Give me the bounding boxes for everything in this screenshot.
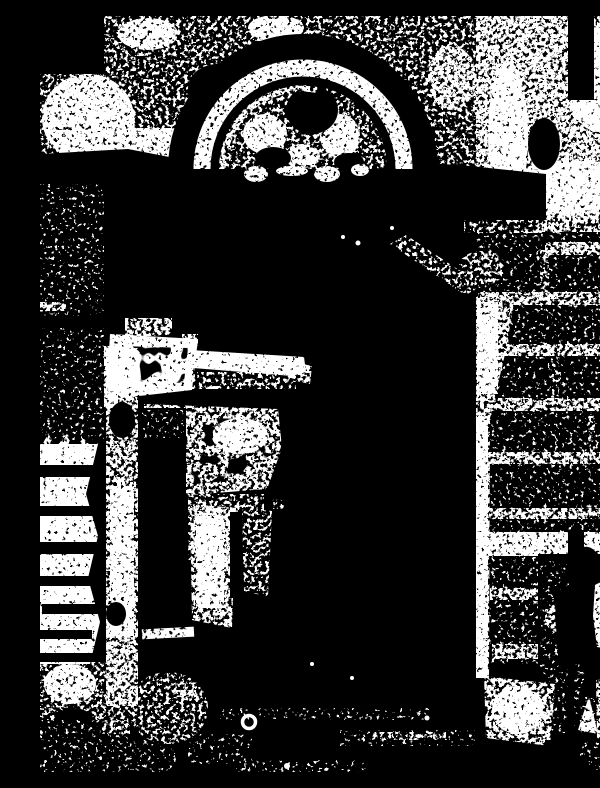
ledge-underside [192, 372, 296, 389]
scatter-line [220, 708, 430, 720]
reveal-gap [230, 512, 243, 598]
speck [356, 241, 361, 246]
dark-patch [528, 118, 560, 170]
tympanum-dark [255, 147, 291, 169]
wall-foot-bright [44, 664, 96, 704]
bottom-fringe [236, 760, 366, 772]
halftone-canvas: Stone gateway with semicircular arch, sm… [40, 16, 600, 772]
course-shadow [40, 576, 94, 586]
jamb-gap [106, 602, 126, 626]
dark-corner-topleft [40, 16, 104, 74]
capital-band [464, 220, 550, 233]
speck [425, 716, 430, 721]
ground-speckle [188, 734, 252, 764]
photograph: Stone gateway with semicircular arch, sm… [40, 16, 600, 772]
ground-dash [176, 690, 196, 697]
left-sparse-speckle [40, 184, 104, 316]
mortar-course [488, 508, 600, 519]
course-shadow [40, 542, 98, 554]
bright-cluster [118, 18, 178, 50]
arch-fringe [314, 166, 340, 182]
course-shadow [42, 604, 98, 614]
bottom-right-speckle [580, 742, 600, 770]
course-shadow [40, 653, 98, 662]
mortar-course [545, 242, 600, 255]
speck [310, 662, 314, 666]
tympanum-dark [286, 86, 338, 134]
speck [284, 763, 290, 769]
arch [181, 47, 425, 182]
course-shadow [40, 506, 96, 516]
course-shadow [40, 630, 92, 639]
bright-cluster [428, 46, 476, 110]
reveal-nub [270, 499, 284, 511]
scatter-line-core [370, 732, 450, 740]
inner-reveal-band-2 [242, 508, 272, 596]
speck [350, 676, 354, 680]
vertical-joint [588, 408, 595, 452]
mortar-course [486, 452, 600, 464]
speck [390, 226, 394, 230]
pier-edge-strip [476, 416, 488, 678]
arch-fringe [276, 166, 308, 176]
left-sparse-speckle [40, 328, 104, 440]
door-opening [140, 408, 186, 704]
pier-top-bright [477, 302, 498, 394]
vertical-joint [540, 250, 549, 292]
arch-fringe [244, 166, 268, 182]
door-top-speckle [142, 410, 184, 438]
cornice-step [125, 318, 172, 336]
left-dash [40, 302, 66, 311]
wall-patch-bright [212, 418, 268, 454]
arch-fringe [351, 164, 369, 176]
bright-rubble-core [492, 686, 544, 734]
inner-reveal-core [196, 516, 224, 608]
dark-slot [568, 16, 594, 100]
ground-cluster [128, 672, 208, 744]
jamb-gap [109, 402, 135, 438]
mortar-course [486, 398, 600, 411]
vertical-joint [552, 360, 559, 398]
speck [341, 235, 345, 239]
